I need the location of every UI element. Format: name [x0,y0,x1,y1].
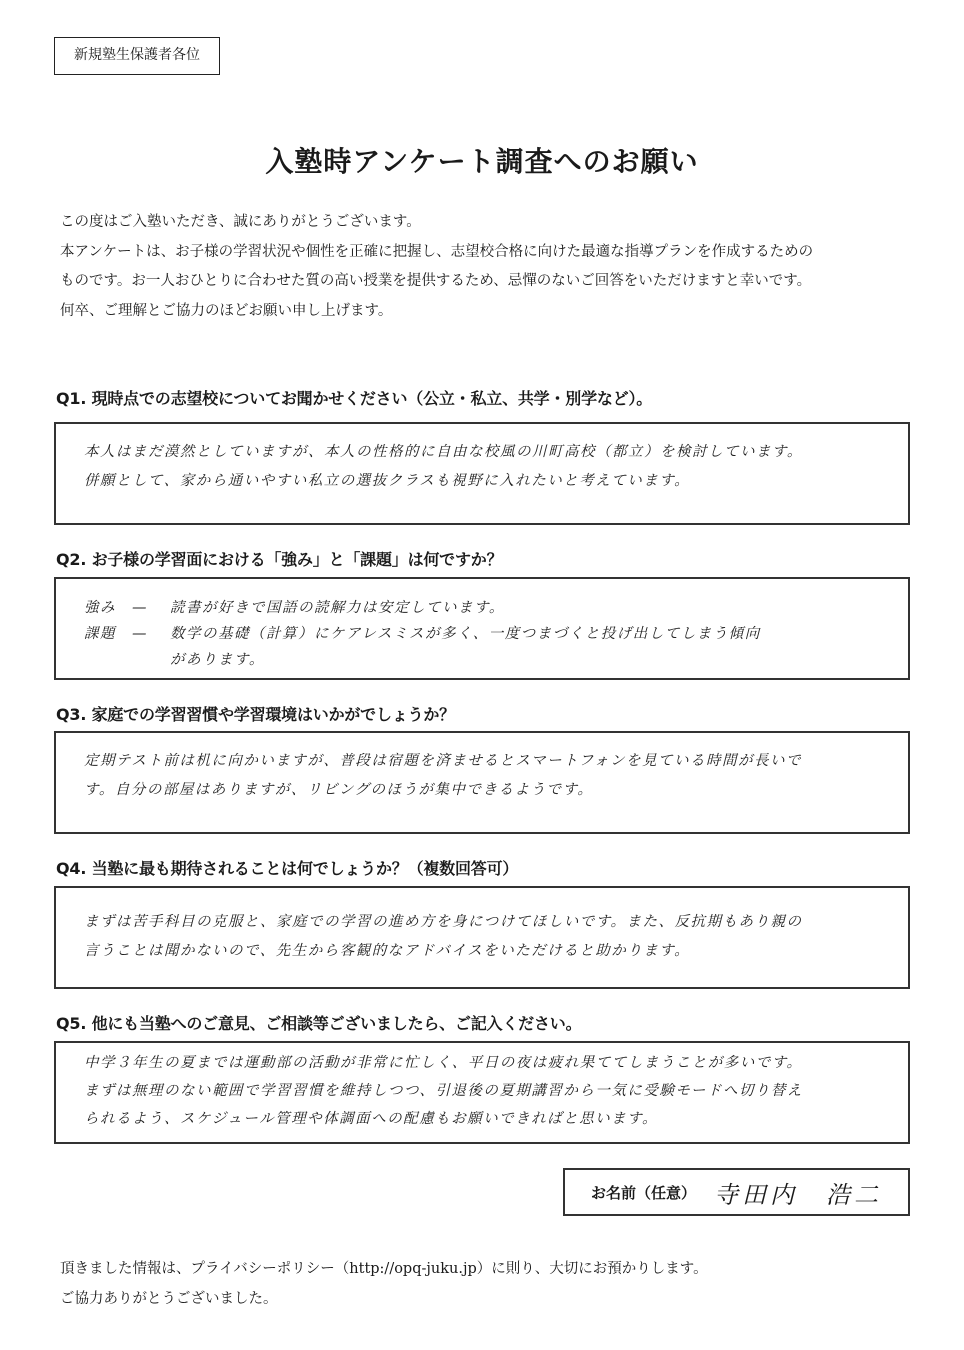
answer-line: 言うことは聞かないので、先生から客観的なアドバイスをいただけると助かります。 [84,937,880,966]
question-4-label: Q4. 当塾に最も期待されることは何でしょうか？（複数回答可） [56,856,518,879]
question-1-label: Q1. 現時点での志望校についてお聞かせください（公立・私立、共学・別学など）。 [56,386,652,409]
issue-text: 数学の基礎（計算）にケアレスミスが多く、一度つまづくと投げ出してしまう傾向 [170,621,880,647]
question-5-answer[interactable]: 中学３年生の夏までは運動部の活動が非常に忙しく、平日の夜は疲れ果ててしまうことが… [54,1041,910,1144]
answer-line: られるよう、スケジュール管理や体調面への配慮もお願いできればと思います。 [84,1105,880,1133]
answer-line: まずは苦手科目の克服と、家庭での学習の進め方を身につけてほしいです。また、反抗期… [84,908,880,937]
question-3-answer[interactable]: 定期テスト前は机に向かいますが、普段は宿題を済ませるとスマートフォンを見ている時… [54,731,910,834]
question-3-label: Q3. 家庭での学習習慣や学習環境はいかがでしょうか？ [56,702,455,725]
question-4-answer[interactable]: まずは苦手科目の克服と、家庭での学習の進め方を身につけてほしいです。また、反抗期… [54,886,910,989]
dash-empty [132,647,170,673]
name-field[interactable]: お名前（任意） 寺田内 浩二 [563,1168,910,1216]
name-label: お名前（任意） [591,1182,696,1203]
issue-label: 課題 [84,621,132,647]
answer-line: まずは無理のない範囲で学習習慣を維持しつつ、引退後の夏期講習から一気に受験モード… [84,1077,880,1105]
intro-line: ものです。お一人おひとりに合わせた質の高い授業を提供するため、忌憚のないご回答を… [60,267,930,297]
question-2-answer[interactable]: 強み — 読書が好きで国語の読解力は安定しています。 課題 — 数学の基礎（計算… [54,577,910,680]
intro-text: この度はご入塾いただき、誠にありがとうございます。 本アンケートは、お子様の学習… [60,208,930,326]
page-title: 入塾時アンケート調査へのお願い [0,140,964,180]
strength-row: 強み — 読書が好きで国語の読解力は安定しています。 [84,595,880,621]
answer-line: 定期テスト前は机に向かいますが、普段は宿題を済ませるとスマートフォンを見ている時… [84,747,880,776]
issue-label-empty [84,647,132,673]
dash: — [132,595,170,621]
issue-row: 課題 — 数学の基礎（計算）にケアレスミスが多く、一度つまづくと投げ出してしまう… [84,621,880,647]
intro-line: この度はご入塾いただき、誠にありがとうございます。 [60,208,930,238]
answer-line: 中学３年生の夏までは運動部の活動が非常に忙しく、平日の夜は疲れ果ててしまうことが… [84,1049,880,1077]
thanks-note: ご協力ありがとうございました。 [60,1284,930,1314]
intro-line: 本アンケートは、お子様の学習状況や個性を正確に把握し、志望校合格に向けた最適な指… [60,238,930,268]
strength-text: 読書が好きで国語の読解力は安定しています。 [170,595,880,621]
privacy-note: 頂きました情報は、プライバシーポリシー（http://opq-juku.jp）に… [60,1254,930,1284]
intro-line: 何卒、ご理解とご協力のほどお願い申し上げます。 [60,297,930,327]
question-2-label: Q2. お子様の学習面における「強み」と「課題」は何ですか？ [56,547,502,570]
issue-text-continued: があります。 [170,647,880,673]
answer-line: 併願として、家から通いやすい私立の選抜クラスも視野に入れたいと考えています。 [84,467,880,496]
question-1-answer[interactable]: 本人はまだ漠然としていますが、本人の性格的に自由な校風の川町高校（都立）を検討し… [54,422,910,525]
question-5-label: Q5. 他にも当塾へのご意見、ご相談等ございましたら、ご記入ください。 [56,1011,581,1034]
footer-note: 頂きました情報は、プライバシーポリシー（http://opq-juku.jp）に… [60,1254,930,1314]
strength-label: 強み [84,595,132,621]
answer-line: す。自分の部屋はありますが、リビングのほうが集中できるようです。 [84,776,880,805]
name-value: 寺田内 浩二 [714,1175,882,1210]
dash: — [132,621,170,647]
issue-row-continued: があります。 [84,647,880,673]
addressee-box: 新規塾生保護者各位 [54,37,220,75]
answer-line: 本人はまだ漠然としていますが、本人の性格的に自由な校風の川町高校（都立）を検討し… [84,438,880,467]
